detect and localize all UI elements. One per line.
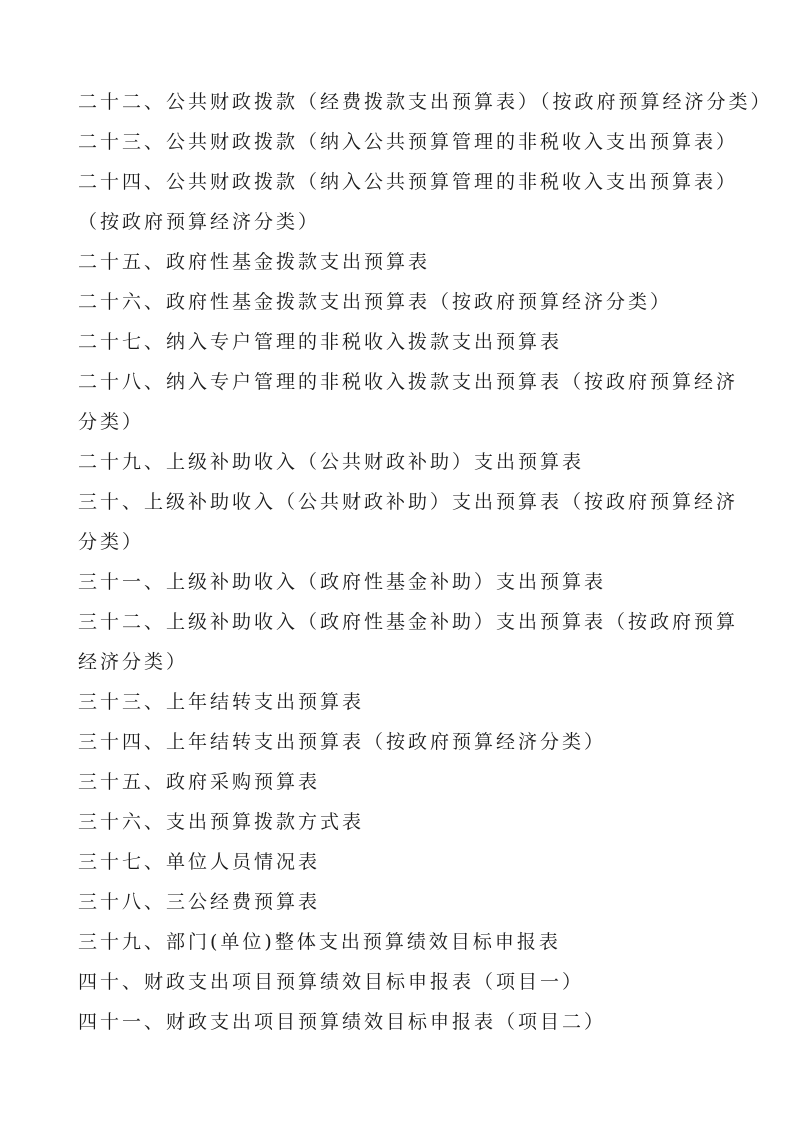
toc-line-continuation: 经济分类） [78, 644, 728, 684]
toc-line-continuation: 分类） [78, 524, 728, 564]
toc-line: 三十五、政府采购预算表 [78, 764, 728, 804]
toc-line: 二十二、公共财政拨款（经费拨款支出预算表）（按政府预算经济分类） [78, 84, 728, 124]
toc-line: 二十七、纳入专户管理的非税收入拨款支出预算表 [78, 324, 728, 364]
toc-line: 三十一、上级补助收入（政府性基金补助）支出预算表 [78, 564, 728, 604]
table-of-contents: 二十二、公共财政拨款（经费拨款支出预算表）（按政府预算经济分类） 二十三、公共财… [78, 84, 728, 1044]
toc-line: 二十三、公共财政拨款（纳入公共预算管理的非税收入支出预算表） [78, 124, 728, 164]
toc-line-continuation: （按政府预算经济分类） [78, 204, 728, 244]
toc-line: 二十六、政府性基金拨款支出预算表（按政府预算经济分类） [78, 284, 728, 324]
toc-line-continuation: 分类） [78, 404, 728, 444]
toc-line: 二十五、政府性基金拨款支出预算表 [78, 244, 728, 284]
toc-line: 四十一、财政支出项目预算绩效目标申报表（项目二） [78, 1004, 728, 1044]
toc-line: 三十九、部门(单位)整体支出预算绩效目标申报表 [78, 924, 728, 964]
toc-line: 三十三、上年结转支出预算表 [78, 684, 728, 724]
toc-line: 三十六、支出预算拨款方式表 [78, 804, 728, 844]
toc-line: 四十、财政支出项目预算绩效目标申报表（项目一） [78, 964, 728, 1004]
toc-line: 三十八、三公经费预算表 [78, 884, 728, 924]
toc-line: 三十四、上年结转支出预算表（按政府预算经济分类） [78, 724, 728, 764]
toc-line: 二十八、纳入专户管理的非税收入拨款支出预算表（按政府预算经济 [78, 364, 728, 404]
toc-line: 三十二、上级补助收入（政府性基金补助）支出预算表（按政府预算 [78, 604, 728, 644]
toc-line: 二十四、公共财政拨款（纳入公共预算管理的非税收入支出预算表） [78, 164, 728, 204]
toc-line: 三十七、单位人员情况表 [78, 844, 728, 884]
toc-line: 三十、上级补助收入（公共财政补助）支出预算表（按政府预算经济 [78, 484, 728, 524]
toc-line: 二十九、上级补助收入（公共财政补助）支出预算表 [78, 444, 728, 484]
